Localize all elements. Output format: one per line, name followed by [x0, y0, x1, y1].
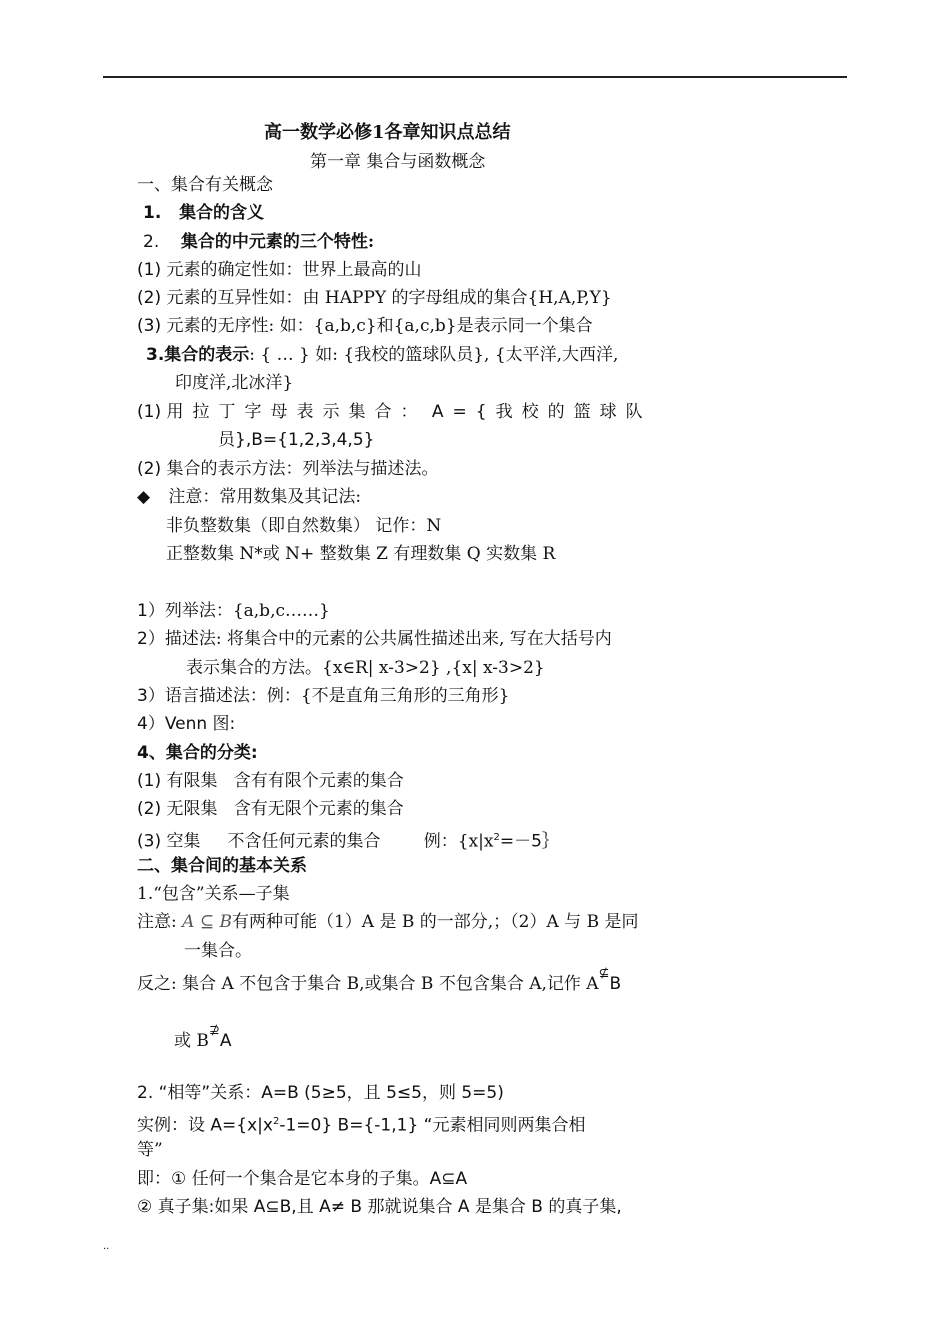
- property-3: (3) 元素的无序性: 如：{a,b,c}和{a,c,b}是表示同一个集合: [137, 316, 593, 336]
- method-text: 列举法：{a,b,c……}: [165, 601, 330, 621]
- converse-line: 反之: 集合 A 不包含于集合 B,或集合 B 不包含集合 A,记作 A⊈B: [137, 974, 621, 994]
- method-number: 2）: [137, 629, 165, 649]
- note-text: 注意：常用数集及其记法:: [168, 487, 361, 507]
- classification-3: (3) 空集 不含任何元素的集合 例：{x|x2=－5｝: [137, 828, 559, 852]
- item-text: 集合的含义: [179, 203, 264, 223]
- item-1: 1. 集合的含义: [143, 203, 264, 223]
- rep-number: (2): [137, 459, 161, 479]
- diamond-bullet-icon: ◆: [137, 487, 163, 507]
- header-rule: [103, 76, 847, 78]
- subset-formula: A ⊆ B: [182, 912, 232, 932]
- implication-2: ② 真子集:如果 A⊆B,且 A≠ B 那就说集合 A 是集合 B 的真子集,: [137, 1197, 622, 1217]
- page-footer-dots: ..: [103, 1242, 109, 1252]
- representation-2: (2) 集合的表示方法：列举法与描述法。: [137, 459, 439, 479]
- implication-1: 即：① 任何一个集合是它本身的子集。A⊆A: [137, 1169, 467, 1189]
- item-3-text: : { … } 如: {我校的篮球队员}, {太平洋,大西洋,: [249, 345, 618, 365]
- converse-text: 反之: 集合 A 不包含于集合 B,或集合 B 不包含集合 A,记作 A: [137, 974, 599, 994]
- property-number: (3): [137, 316, 161, 336]
- relation-2: 2. “相等”关系：A=B (5≥5，且 5≤5，则 5=5): [137, 1083, 504, 1103]
- number-sets-2: 正整数集 N*或 N+ 整数集 Z 有理数集 Q 实数集 R: [166, 544, 555, 564]
- or-text: 或 B: [174, 1031, 209, 1051]
- method-2-continued: 表示集合的方法。{x∈R| x-3>2} ,{x| x-3>2}: [186, 658, 545, 678]
- class-text: 有限集 含有有限个元素的集合: [167, 771, 404, 791]
- property-number: (2): [137, 288, 161, 308]
- example-continued: 等”: [137, 1140, 163, 1160]
- property-text: 元素的确定性如：世界上最高的山: [167, 260, 422, 280]
- method-text: Venn 图:: [165, 714, 235, 734]
- example-text: 实例：设 A={x|x: [137, 1116, 273, 1136]
- converse-end: B: [610, 974, 622, 994]
- rep-text: 集合的表示方法：列举法与描述法。: [167, 459, 439, 479]
- class-number: (1): [137, 771, 161, 791]
- document-title: 高一数学必修1各章知识点总结: [264, 118, 511, 144]
- method-number: 3）: [137, 686, 165, 706]
- classification-1: (1) 有限集 含有有限个元素的集合: [137, 771, 404, 791]
- item-3-label: 3.集合的表示: [146, 345, 249, 365]
- not-subset-icon: ⊈: [599, 964, 610, 984]
- property-2: (2) 元素的互异性如：由 HAPPY 的字母组成的集合{H,A,P,Y}: [137, 288, 612, 308]
- subset-note: 注意: A ⊆ B有两种可能（1）A 是 B 的一部分,；（2）A 与 B 是同: [137, 912, 638, 932]
- rep-number: (1): [137, 402, 161, 422]
- not-superset-icon: ⊉: [209, 1021, 220, 1041]
- method-text: 语言描述法：例：{不是直角三角形的三角形}: [165, 686, 510, 706]
- class-text: 空集 不含任何元素的集合 例：{x|x: [167, 832, 494, 852]
- chapter-title: 第一章 集合与函数概念: [310, 147, 485, 172]
- method-1: 1）列举法：{a,b,c……}: [137, 601, 330, 621]
- item-number: 2.: [143, 232, 159, 252]
- representation-1: (1) 用拉丁字母表示集合： A={我校的篮球队: [137, 402, 652, 422]
- method-2: 2）描述法: 将集合中的元素的公共属性描述出来, 写在大括号内: [137, 629, 612, 649]
- or-line: 或 B⊉A: [174, 1031, 231, 1051]
- property-text: 元素的互异性如：由 HAPPY 的字母组成的集合{H,A,P,Y}: [167, 288, 612, 308]
- method-text: 描述法: 将集合中的元素的公共属性描述出来, 写在大括号内: [165, 629, 612, 649]
- item-number: 1.: [143, 203, 161, 223]
- classification-2: (2) 无限集 含有无限个元素的集合: [137, 799, 404, 819]
- note-text: 有两种可能（1）A 是 B 的一部分,；（2）A 与 B 是同: [232, 912, 639, 932]
- note-line: ◆ 注意：常用数集及其记法:: [137, 487, 361, 507]
- property-text: 元素的无序性: 如：{a,b,c}和{a,c,b}是表示同一个集合: [167, 316, 593, 336]
- number-sets-1: 非负整数集（即自然数集） 记作：N: [166, 516, 441, 536]
- method-number: 1）: [137, 601, 165, 621]
- example-line: 实例：设 A={x|x2-1=0} B={-1,1} “元素相同则两集合相: [137, 1112, 585, 1136]
- class-number: (3): [137, 832, 161, 852]
- note-prefix: 注意:: [137, 912, 177, 932]
- property-number: (1): [137, 260, 161, 280]
- subset-note-continued: 一集合。: [184, 941, 252, 961]
- rep-tail: A={我校的篮球队: [432, 402, 652, 422]
- property-1: (1) 元素的确定性如：世界上最高的山: [137, 260, 422, 280]
- or-end: A: [220, 1031, 232, 1051]
- item-3: 3.集合的表示: { … } 如: {我校的篮球队员}, {太平洋,大西洋,: [146, 345, 618, 365]
- item-3-continued: 印度洋,北冰洋}: [175, 373, 293, 393]
- method-number: 4）: [137, 714, 165, 734]
- item-4: 4、集合的分类:: [137, 743, 258, 763]
- rep-text: 用拉丁字母表示集合：: [167, 402, 427, 422]
- section-heading-1: 一、集合有关概念: [137, 175, 273, 195]
- method-3: 3）语言描述法：例：{不是直角三角形的三角形}: [137, 686, 509, 706]
- item-text: 集合的中元素的三个特性:: [181, 232, 374, 252]
- relation-1: 1.“包含”关系—子集: [137, 884, 290, 904]
- class-tail: =－5｝: [500, 832, 559, 852]
- representation-1-continued: 员},B={1,2,3,4,5}: [218, 430, 374, 450]
- item-2: 2. 集合的中元素的三个特性:: [143, 232, 374, 252]
- example-text-b: -1=0} B={-1,1} “元素相同则两集合相: [279, 1116, 585, 1136]
- section-heading-2: 二、集合间的基本关系: [137, 856, 307, 876]
- class-number: (2): [137, 799, 161, 819]
- class-text: 无限集 含有无限个元素的集合: [167, 799, 404, 819]
- method-4: 4）Venn 图:: [137, 714, 235, 734]
